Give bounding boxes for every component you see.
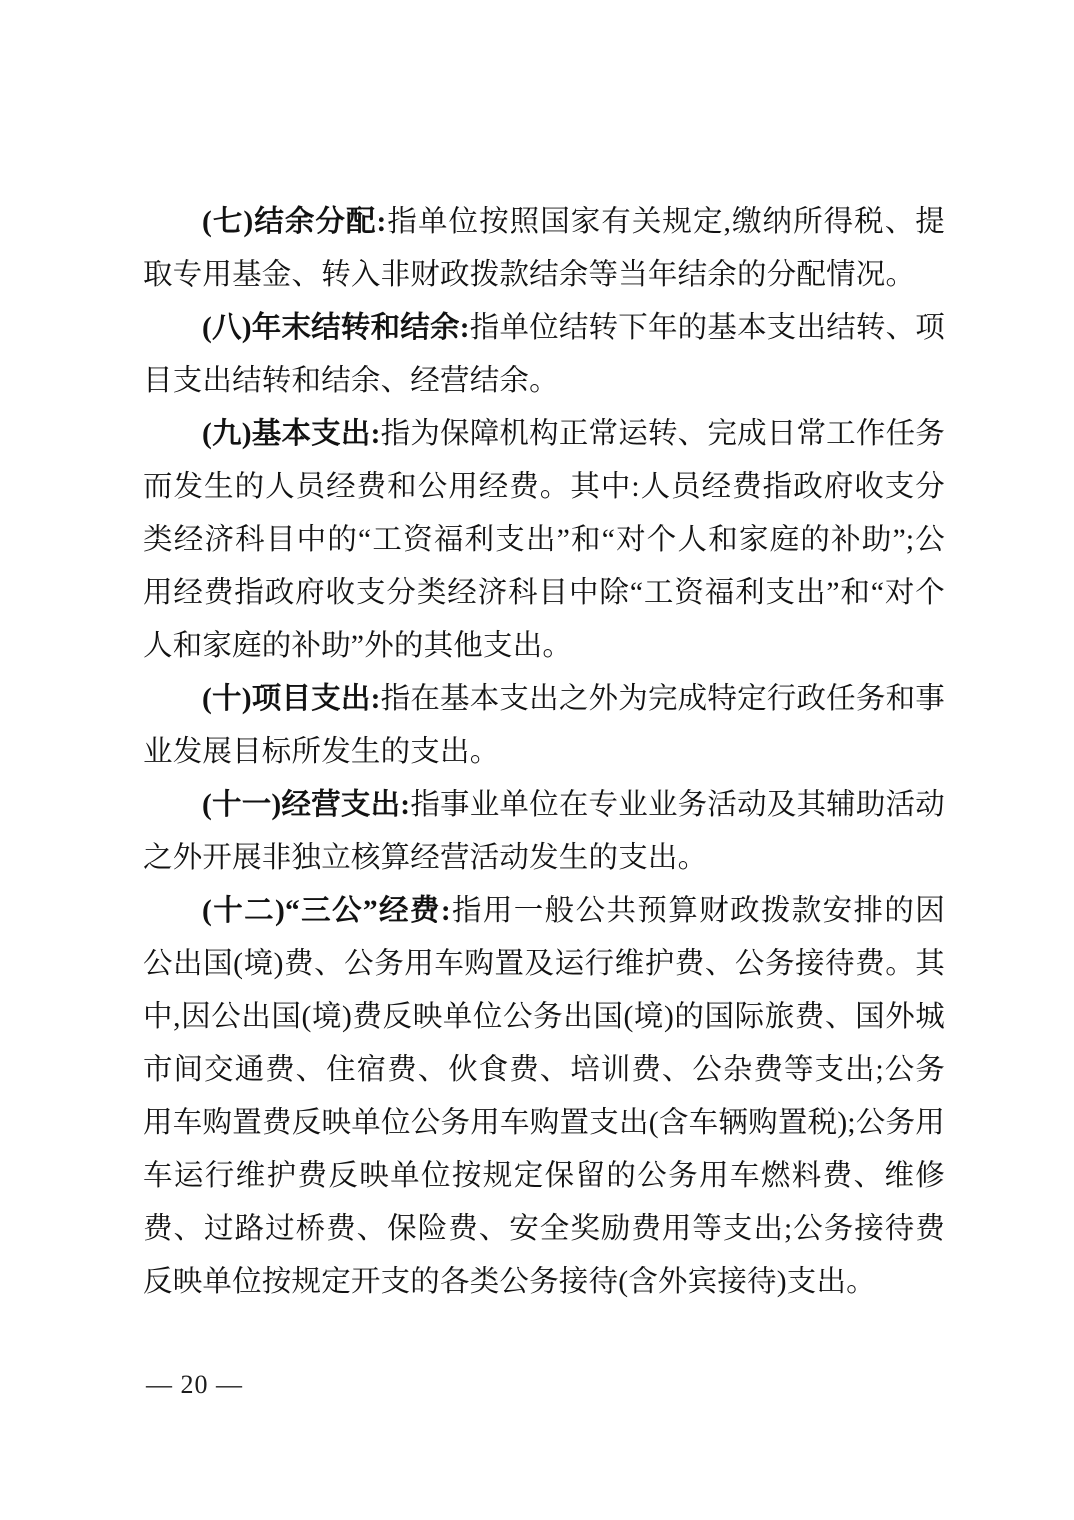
definition-body: 指用一般公共预算财政拨款安排的因公出国(境)费、公务用车购置及运行维护费、公务接… [143, 895, 945, 1298]
definition-body: 指为保障机构正常运转、完成日常工作任务而发生的人员经费和公用经费。其中:人员经费… [143, 418, 945, 662]
definition-term: (七)结余分配: [202, 206, 387, 238]
definition-paragraph: (九)基本支出:指为保障机构正常运转、完成日常工作任务而发生的人员经费和公用经费… [143, 408, 945, 673]
definition-term: (九)基本支出: [202, 418, 381, 450]
page-number: — 20 — [146, 1370, 243, 1399]
definition-paragraph: (十)项目支出:指在基本支出之外为完成特定行政任务和事业发展目标所发生的支出。 [143, 673, 945, 779]
definition-paragraph: (十二)“三公”经费:指用一般公共预算财政拨款安排的因公出国(境)费、公务用车购… [143, 885, 945, 1309]
document-body: (七)结余分配:指单位按照国家有关规定,缴纳所得税、提取专用基金、转入非财政拨款… [143, 196, 945, 1309]
definition-term: (十)项目支出: [202, 683, 381, 715]
page-footer: — 20 — [146, 1370, 243, 1400]
document-page: (七)结余分配:指单位按照国家有关规定,缴纳所得税、提取专用基金、转入非财政拨款… [0, 0, 1074, 1520]
definition-paragraph: (八)年末结转和结余:指单位结转下年的基本支出结转、项目支出结转和结余、经营结余… [143, 302, 945, 408]
definition-paragraph: (七)结余分配:指单位按照国家有关规定,缴纳所得税、提取专用基金、转入非财政拨款… [143, 196, 945, 302]
definition-term: (十一)经营支出: [202, 789, 410, 821]
definition-term: (十二)“三公”经费: [202, 895, 451, 927]
definition-paragraph: (十一)经营支出:指事业单位在专业业务活动及其辅助活动之外开展非独立核算经营活动… [143, 779, 945, 885]
definition-term: (八)年末结转和结余: [202, 312, 470, 344]
